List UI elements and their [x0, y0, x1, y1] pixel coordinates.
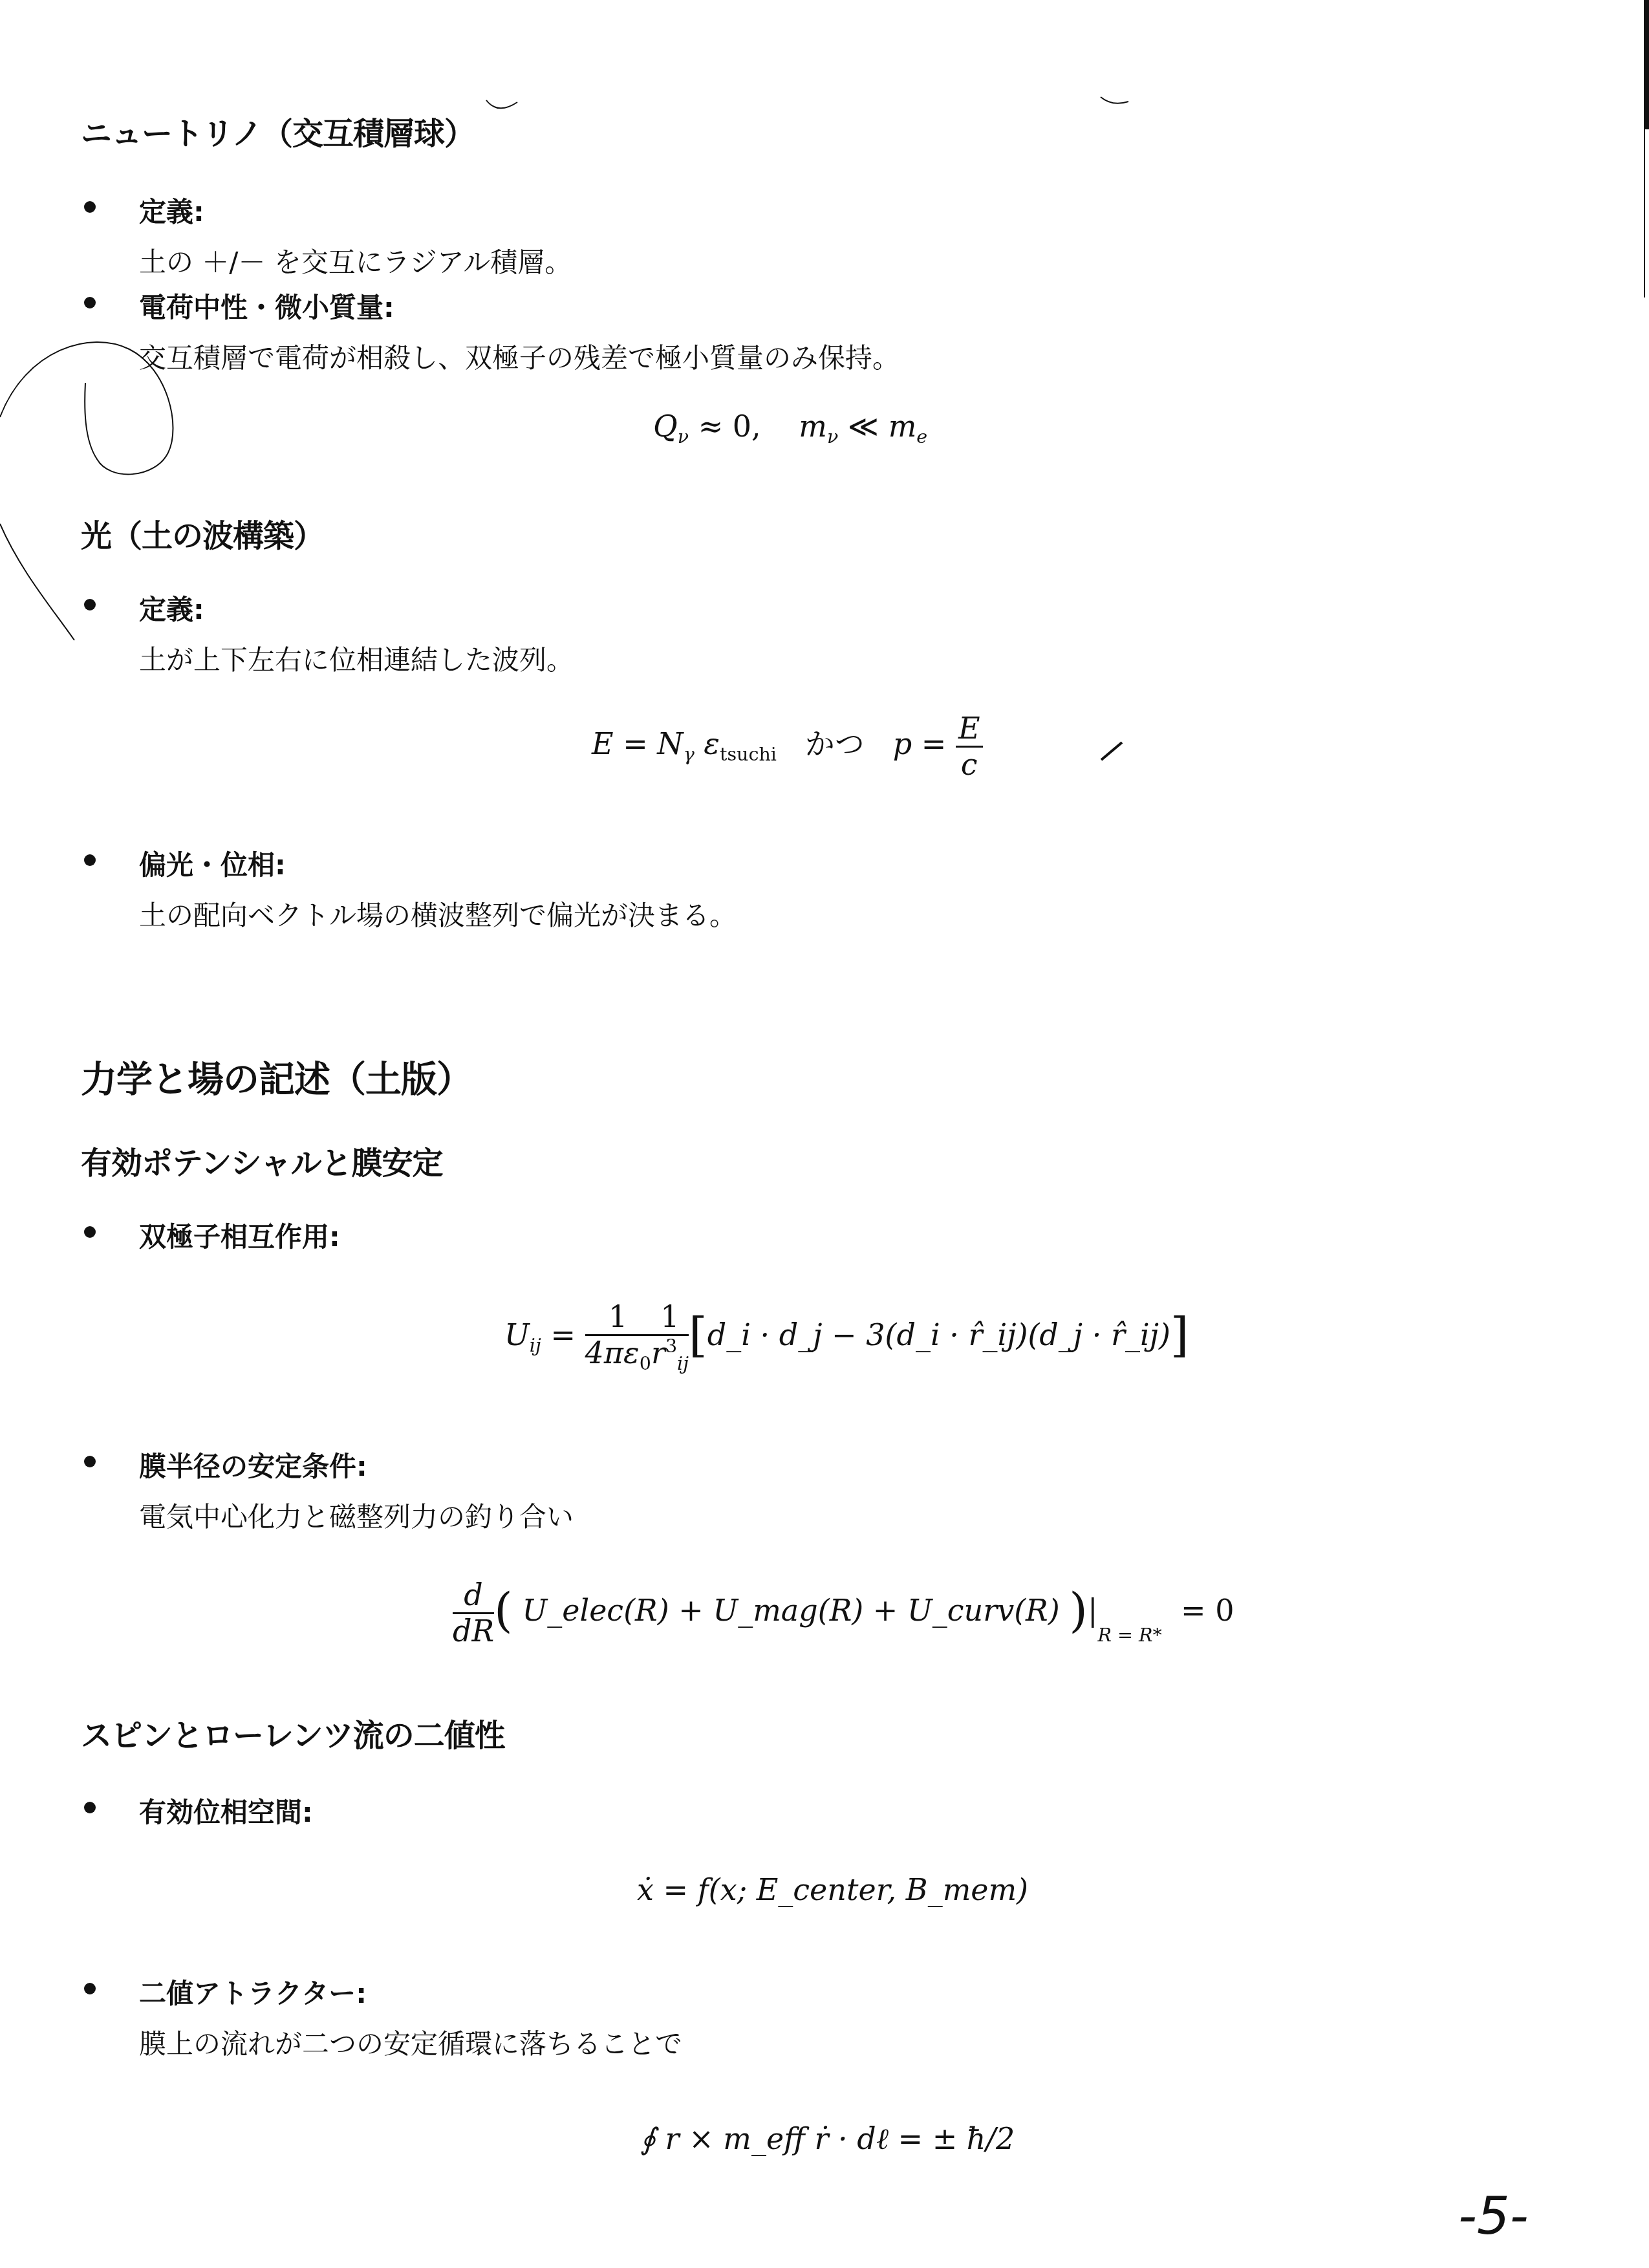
pen-mark: [485, 97, 524, 116]
bullet-icon: [84, 599, 96, 610]
bullet-icon: [84, 1983, 96, 1994]
bullet-label: 二値アトラクター:: [139, 1972, 682, 2011]
bullet-neutrino-definition: 定義: 土の ＋/－ を交互にラジアル積層。: [139, 191, 572, 280]
bullet-icon: [84, 297, 96, 308]
bullet-text: 土が上下左右に位相連結した波列。: [139, 639, 574, 678]
equation-phase-space: ẋ = f(x; E_center, B_mem): [637, 1872, 1028, 1907]
bullet-label: 偏光・位相:: [139, 844, 737, 883]
equation-loop-integral: ∮ r × m_eff ṙ · dℓ = ± ħ/2: [640, 2121, 1015, 2156]
section-heading-mechanics: 力学と場の記述（土版）: [81, 1051, 472, 1103]
bullet-membrane-stability: 膜半径の安定条件: 電気中心化力と磁整列力の釣り合い: [139, 1445, 574, 1535]
equation-stability-condition: ddR( U_elec(R) + U_mag(R) + U_curv(R) )|…: [453, 1578, 1234, 1648]
subsection-heading-spin: スピンとローレンツ流の二値性: [81, 1711, 505, 1755]
equation-light-energy: E = Nγ εtsuchi かつ p = Ec: [592, 711, 983, 782]
section-heading-light: 光（土の波構築）: [81, 511, 324, 556]
bullet-phase-space: 有効位相空間:: [139, 1791, 313, 1830]
bullet-label: 双極子相互作用:: [139, 1216, 340, 1255]
equation-neutrino: Qν ≈ 0, mν ≪ me: [653, 409, 927, 448]
bullet-label: 膜半径の安定条件:: [139, 1445, 574, 1484]
bullet-icon: [84, 1802, 96, 1813]
bullet-text: 交互積層で電荷が相殺し、双極子の残差で極小質量のみ保持。: [139, 337, 900, 376]
bullet-icon: [84, 1226, 96, 1238]
bullet-label: 定義:: [139, 589, 574, 627]
bullet-label: 電荷中性・微小質量:: [139, 286, 900, 325]
bullet-neutrino-neutral: 電荷中性・微小質量: 交互積層で電荷が相殺し、双極子の残差で極小質量のみ保持。: [139, 286, 900, 376]
bullet-icon: [84, 201, 96, 213]
bullet-binary-attractor: 二値アトラクター: 膜上の流れが二つの安定循環に落ちることで: [139, 1972, 682, 2062]
bullet-light-polarization: 偏光・位相: 土の配向ベクトル場の横波整列で偏光が決まる。: [139, 844, 737, 933]
equation-dipole-potential: Uij = 14πε01r3ij[d_i · d_j − 3(d_i · r̂_…: [504, 1300, 1189, 1375]
bullet-text: 土の配向ベクトル場の横波整列で偏光が決まる。: [139, 894, 737, 933]
bullet-text: 膜上の流れが二つの安定循環に落ちることで: [139, 2023, 682, 2062]
section-heading-neutrino: ニュートリノ（交互積層球）: [81, 109, 475, 153]
bullet-label: 定義:: [139, 191, 572, 230]
bullet-light-definition: 定義: 土が上下左右に位相連結した波列。: [139, 589, 574, 678]
subsection-heading-potential: 有効ポテンシャルと膜安定: [81, 1138, 442, 1183]
scan-edge-shadow: [1644, 0, 1649, 129]
bullet-text: 土の ＋/－ を交互にラジアル積層。: [139, 241, 572, 280]
bullet-label: 有効位相空間:: [139, 1791, 313, 1830]
bullet-text: 電気中心化力と磁整列力の釣り合い: [139, 1496, 574, 1535]
pen-mark: [1099, 94, 1132, 110]
bullet-icon: [84, 1456, 96, 1467]
bullet-dipole-interaction: 双極子相互作用:: [139, 1216, 340, 1255]
bullet-icon: [84, 854, 96, 866]
scan-edge-line: [1644, 129, 1645, 297]
page-number: -5-: [1458, 2186, 1529, 2246]
pen-mark: [1099, 737, 1125, 763]
